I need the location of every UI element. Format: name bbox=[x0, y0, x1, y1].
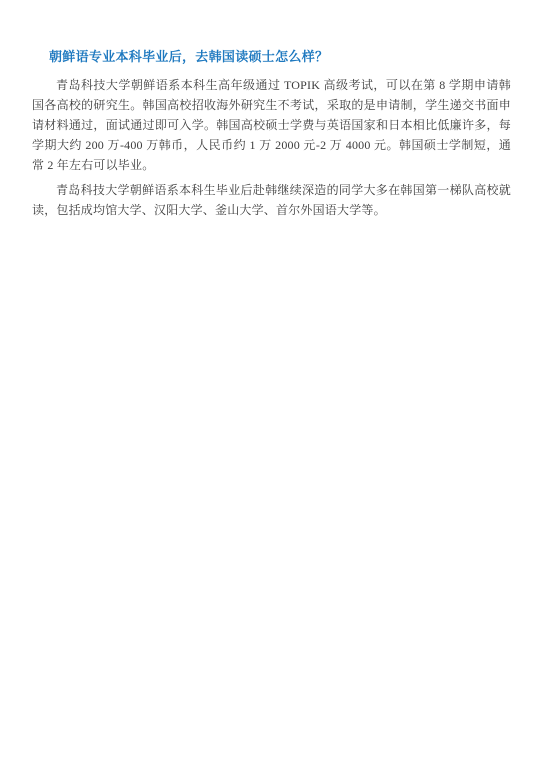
article-body: 青岛科技大学朝鲜语系本科生高年级通过 TOPIK 高级考试，可以在第 8 学期申… bbox=[32, 75, 511, 220]
article-title: 朝鲜语专业本科毕业后，去韩国读硕士怎么样？ bbox=[32, 49, 511, 65]
article: 朝鲜语专业本科毕业后，去韩国读硕士怎么样？ 青岛科技大学朝鲜语系本科生高年级通过… bbox=[32, 49, 511, 225]
paragraph: 青岛科技大学朝鲜语系本科生高年级通过 TOPIK 高级考试，可以在第 8 学期申… bbox=[32, 75, 511, 175]
document-page: 朝鲜语专业本科毕业后，去韩国读硕士怎么样？ 青岛科技大学朝鲜语系本科生高年级通过… bbox=[0, 0, 543, 768]
paragraph: 青岛科技大学朝鲜语系本科生毕业后赴韩继续深造的同学大多在韩国第一梯队高校就读，包… bbox=[32, 180, 511, 220]
